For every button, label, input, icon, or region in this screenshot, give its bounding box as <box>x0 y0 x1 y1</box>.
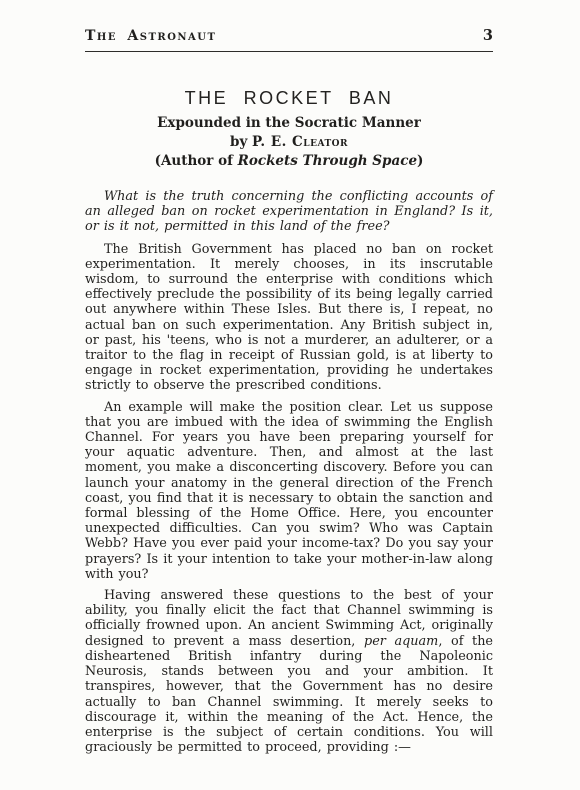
journal-title: The Astronaut <box>85 28 216 44</box>
header-rule <box>85 51 493 52</box>
article-title-block: THE ROCKET BAN Expounded in the Socratic… <box>85 88 493 170</box>
author-note-suffix: ) <box>417 153 423 169</box>
author-note-prefix: (Author of <box>155 153 238 169</box>
article-byline: by P. E. Cleator <box>85 134 493 151</box>
byline-prefix: by <box>230 134 252 150</box>
intro-question-paragraph: What is the truth concerning the conflic… <box>85 189 493 235</box>
latin-phrase: per aquam <box>364 634 438 649</box>
paragraph-having-answered-part2: , of the disheartened British infantry d… <box>85 634 493 755</box>
article-title: THE ROCKET BAN <box>85 88 493 108</box>
paragraph-no-ban: The British Government has placed no ban… <box>85 242 493 394</box>
article-body: What is the truth concerning the conflic… <box>85 189 493 755</box>
paragraph-having-answered: Having answered these questions to the b… <box>85 588 493 755</box>
paragraph-channel-example: An example will make the position clear.… <box>85 400 493 582</box>
book-title: Rockets Through Space <box>238 153 417 169</box>
magazine-page: The Astronaut 3 THE ROCKET BAN Expounded… <box>0 0 580 790</box>
article-subtitle: Expounded in the Socratic Manner <box>85 115 493 132</box>
page-number: 3 <box>483 28 493 44</box>
author-note: (Author of Rockets Through Space) <box>85 153 493 170</box>
author-name: P. E. Cleator <box>252 134 348 150</box>
running-header: The Astronaut 3 <box>85 28 493 44</box>
